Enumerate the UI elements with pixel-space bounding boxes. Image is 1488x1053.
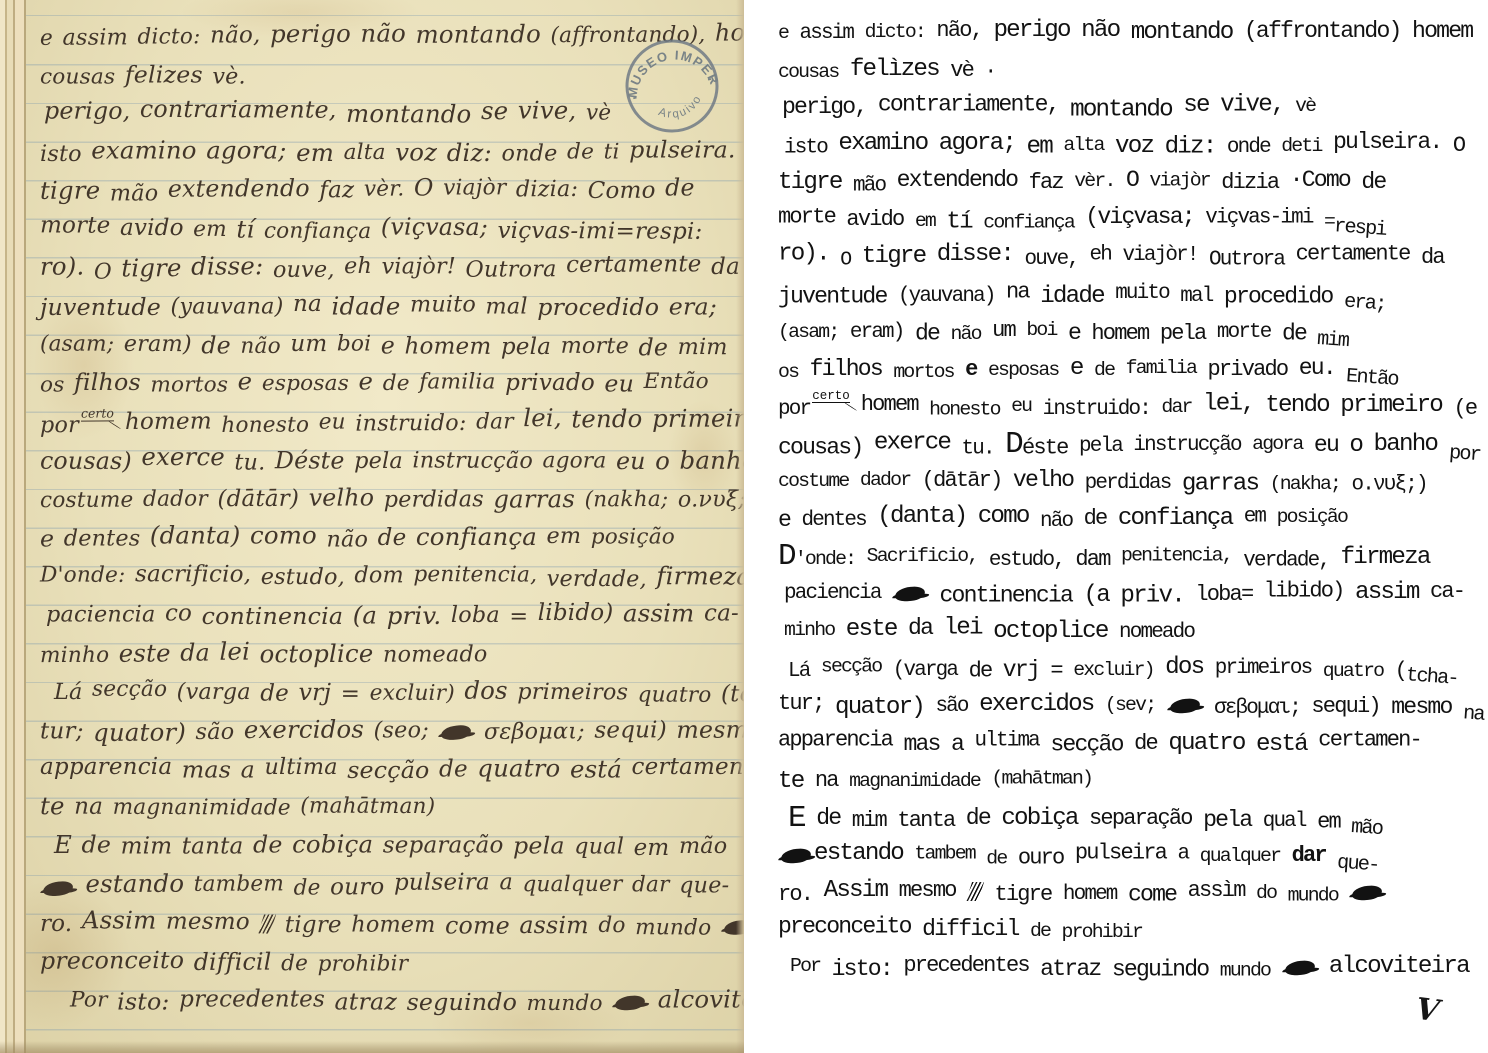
transcription-line: e assim dicto: não, perigo não montando … (778, 14, 1482, 51)
transcription-line: porcertohomem honesto eu instruido: dar … (778, 388, 1482, 425)
transcription-line: e dentes (danta) como não de confiança e… (778, 500, 1482, 537)
transcription-text: e assim dicto: não, perigo não montando … (778, 14, 1482, 986)
manuscript-line: estando tambem de ouro pulseira a qualqu… (40, 863, 734, 905)
transcription-line: apparencia mas a ultima secção de quatro… (778, 724, 1482, 761)
ink-blot (42, 880, 73, 897)
manuscript-line: Por isto: precedentes atraz seguindo mun… (40, 981, 734, 1020)
manuscript-text: e assim dicto: não, perigo não montando … (40, 16, 734, 1019)
transcription-line: ro). O tigre disse: ouve, eh viajòr! Out… (778, 238, 1482, 275)
ink-blot (1169, 698, 1200, 715)
annotation-connector (108, 420, 121, 429)
ink-blot (441, 724, 472, 741)
check-mark: V (1414, 992, 1441, 1030)
manuscript-line: e dentes (danta) como não de confiança e… (40, 518, 734, 557)
ink-scribble (258, 914, 276, 933)
transcription-line: perigo, contrariamente, montando se vive… (778, 89, 1482, 126)
ink-scribble (966, 882, 984, 901)
transcription-line: isto examino agora; em alta voz diz: ond… (778, 126, 1482, 163)
manuscript-line: paciencia co continencia (a priv. loba =… (40, 595, 734, 634)
transcription-line: D'onde: Sacrificio, estudo, dam penitenc… (778, 537, 1482, 574)
manuscript-line: ro. Assim mesmo tigre homem come assim d… (40, 902, 734, 944)
transcription-line: minho este da lei octoplice nomeado (778, 612, 1482, 649)
page-right-edge (736, 0, 744, 1053)
manuscript-line: Lá secção (varga de vrj = excluir) dos p… (40, 671, 734, 713)
ink-blot (780, 847, 811, 864)
transcription-line: te na magnanimidade (mahātman) (778, 762, 1482, 799)
transcription-line: cousas felìzes vè · (778, 51, 1482, 88)
manuscript-line: tigre mão extendendo faz vèr. O viajòr d… (40, 169, 734, 211)
transcription-line: os filhos mortos e esposas e de familia … (778, 351, 1482, 388)
manuscript-page: e assim dicto: não, perigo não montando … (0, 0, 744, 1053)
manuscript-line: cousas) exerce tu. Déste pela instrucção… (40, 439, 734, 481)
transcription-line: cousas) exerce tu. Déste pela instrucção… (778, 425, 1482, 462)
manuscript-line: minho este da lei octoplice nomeado (40, 632, 734, 674)
manuscript-line: (asam; eram) de não um boi e homem pela … (40, 323, 734, 365)
manuscript-line: morte avido em tí confiança (viçvasa; vi… (40, 207, 734, 249)
ink-blot (894, 586, 925, 603)
manuscript-line: ro). O tigre disse: ouve, eh viajòr! Out… (40, 246, 734, 288)
manuscript-line: D'onde: sacrificio, estudo, dom penitenc… (40, 555, 734, 597)
transcription-line: preconceito difficil de prohibir (778, 911, 1482, 948)
ink-blot (1352, 885, 1383, 902)
manuscript-line: E de mim tanta de cobiça separação pela … (40, 826, 734, 865)
manuscript-line: os filhos mortos e esposas e de familia … (40, 363, 734, 402)
ink-blot (615, 995, 646, 1012)
transcription-line: paciencia continencia (a priv. loba= lib… (778, 575, 1482, 612)
manuscript-line: preconceito difficil de prohibir (40, 940, 734, 982)
interline-annotation: certo (81, 407, 114, 421)
manuscript-line: apparencia mas a ultima secção de quatro… (40, 749, 734, 788)
transcription-line: costume dador (dātār) velho perdidas gar… (778, 463, 1482, 500)
manuscript-line: costume dador (dātār) velho perdidas gar… (40, 477, 734, 519)
manuscript-line: juventude (yauvana) na idade muito mal p… (40, 286, 734, 325)
transcription-line: Lá secção (varga de vrj = excluir) dos p… (778, 650, 1482, 687)
transcription-line: Por isto: precedentes atraz seguindo mun… (778, 949, 1482, 986)
manuscript-line: porcertohomem honesto eu instruido: dar … (40, 400, 734, 442)
document-comparison-view: e assim dicto: não, perigo não montando … (0, 0, 1488, 1053)
transcription-line: juventude (yauvana) na idade muito mal p… (778, 276, 1482, 313)
museum-stamp-icon: MUSEO IMPERIAL Arquivo - - (620, 34, 724, 138)
manuscript-line: tur; quator) são exercidos (seo; σεβομαι… (40, 709, 734, 751)
transcription-line: tur; quator) são exercidos (sev; σεβομαι… (778, 687, 1482, 724)
annotation-connector (844, 402, 857, 411)
transcription-line: E de mim tanta de cobiça separação pela … (778, 799, 1482, 836)
manuscript-line: te na magnanimidade (mahātman) (40, 786, 734, 828)
transcription-line: tigre mão extendendo faz vèr. O viajòr d… (778, 164, 1482, 201)
transcription-line: morte avido em tí confiança (viçvasa; vi… (778, 201, 1482, 238)
ink-blot (1284, 959, 1315, 976)
transcription-page: e assim dicto: não, perigo não montando … (744, 0, 1488, 1053)
